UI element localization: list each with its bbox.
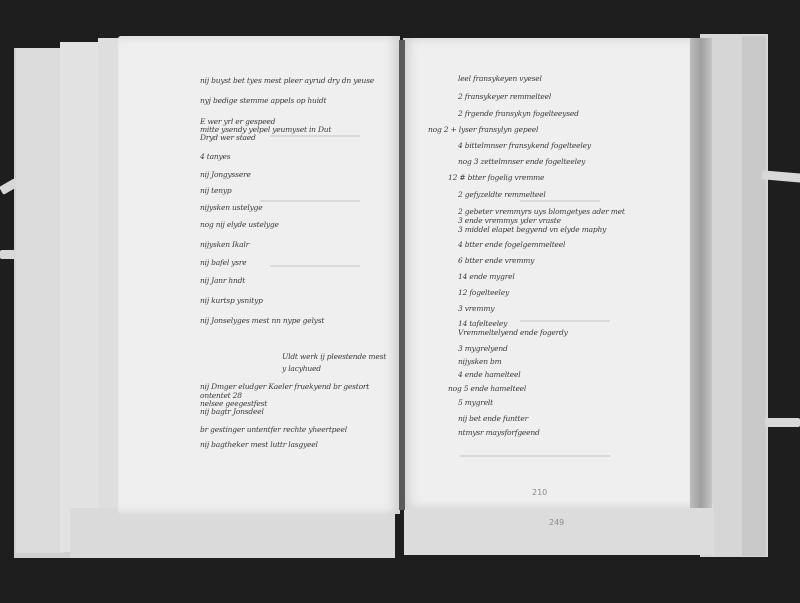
manuscript-line: 3 middel elapet begyend vn elyde maphy — [458, 225, 606, 234]
manuscript-line: nog 2 + lyser fransylyn gepeel — [428, 125, 538, 134]
lower-folio-number: 249 — [549, 518, 564, 527]
manuscript-line: nijysken ustelyge — [200, 203, 262, 212]
manuscript-line: Uldt werk ij pleestende mest — [282, 352, 386, 361]
manuscript-line: Dryd wer staed — [200, 133, 256, 142]
bleed-through — [460, 455, 610, 457]
manuscript-line: nij bagtr Jonsdeel — [200, 407, 264, 416]
manuscript-line: leel fransykeyen vyesel — [458, 74, 542, 83]
manuscript-line: nij tenyp — [200, 186, 231, 195]
manuscript-line: 5 mygrelt — [458, 398, 493, 407]
manuscript-line: nij Janr hndt — [200, 276, 245, 285]
manuscript-line: nog nij elyde ustelyge — [200, 220, 279, 229]
manuscript-line: nij kurtsp ysnityp — [200, 296, 263, 305]
manuscript-line: nij buyst bet tyes mest pleer ayrud dry … — [200, 76, 374, 85]
manuscript-line: 3 vremmy — [458, 304, 494, 313]
bleed-through — [270, 265, 360, 267]
manuscript-line: nog 5 ende hamelteel — [448, 384, 526, 393]
manuscript-line: nij bafel ysre — [200, 258, 247, 267]
manuscript-line: nyj bedige stemme appels op huidt — [200, 96, 326, 105]
manuscript-line: 12 fogelteeley — [458, 288, 509, 297]
bleed-through — [260, 200, 360, 202]
manuscript-line: br gestinger untentfer rechte yheertpeel — [200, 425, 347, 434]
ribbon-right-lower — [765, 418, 800, 427]
manuscript-line: 2 gebeter vremmyrs uys blomgetyes ader m… — [458, 207, 625, 216]
manuscript-line: 14 ende mygrel — [458, 272, 515, 281]
manuscript-line: nij Dmger eludger Kaeler fruekyend br ge… — [200, 382, 369, 391]
manuscript-line: nijysken bm — [458, 357, 502, 366]
manuscript-line: 3 mygrelyend — [458, 344, 508, 353]
manuscript-line: 4 ende hamelteel — [458, 370, 520, 379]
manuscript-line: Vremmeltelyend ende fogerdy — [458, 328, 568, 337]
page-bottom-margin-right — [404, 505, 714, 555]
manuscript-line: 3 ende vremmys yder vraste — [458, 216, 561, 225]
page-bottom-margin-left — [70, 508, 395, 558]
manuscript-line: 2 gefyzeldte remmelteel — [458, 190, 546, 199]
right-page-edge-stain — [690, 38, 712, 508]
manuscript-line: 2 fransykeyer remmelteel — [458, 92, 551, 101]
manuscript-line: nij bet ende funtter — [458, 414, 528, 423]
book-gutter — [399, 40, 405, 510]
manuscript-line: 14 tafelteeley — [458, 319, 507, 328]
bleed-through — [270, 135, 360, 137]
manuscript-line: 6 btter ende vremmy — [458, 256, 534, 265]
manuscript-line: nij Jongyssere — [200, 170, 251, 179]
leaf-stack-left-outer — [16, 48, 64, 553]
manuscript-line: ntmysr maysforfgeend — [458, 428, 540, 437]
manuscript-line: 2 frgende fransykyn fogelteeysed — [458, 109, 579, 118]
book-cover-right-edge — [742, 36, 766, 556]
manuscript-line: nijysken Ikalr — [200, 240, 249, 249]
manuscript-line: nog 3 zettelmnser ende fogelteeley — [458, 157, 585, 166]
manuscript-line: 4 bittelmnser fransykend fogelteeley — [458, 141, 591, 150]
manuscript-line: nij bagtheker mest luttr lasgyeel — [200, 440, 318, 449]
bleed-through — [520, 320, 610, 322]
manuscript-line: 4 btter ende fogelgemmelteel — [458, 240, 565, 249]
manuscript-line: y lacyhued — [282, 364, 321, 373]
manuscript-line: 4 tanyes — [200, 152, 230, 161]
bleed-through — [520, 200, 600, 202]
folio-number: 210 — [532, 488, 547, 497]
manuscript-line: nij Jonselyges mest nn nype gelyst — [200, 316, 324, 325]
manuscript-line: 12 # btter fogelig vremme — [448, 173, 544, 182]
